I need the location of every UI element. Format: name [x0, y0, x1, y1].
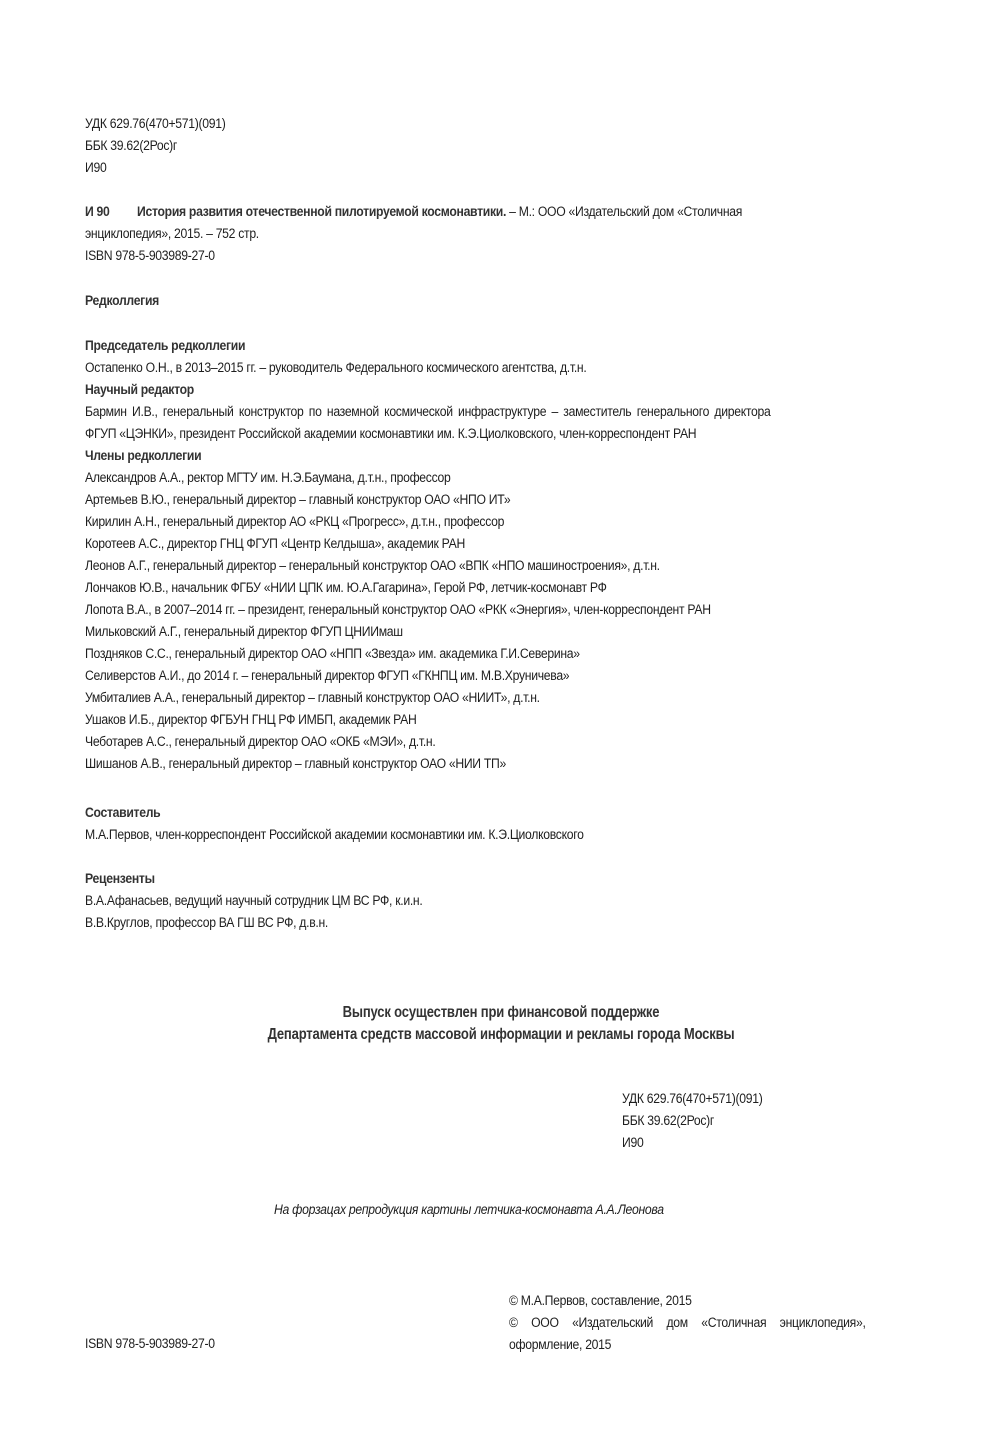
bbk-code: ББК 39.62(2Рос)г	[85, 135, 226, 157]
board-member: Шишанов А.В., генеральный директор – гла…	[85, 753, 771, 775]
chair-heading: Председатель редколлегии	[85, 335, 771, 357]
imprint-line-1: – М.: ООО «Издательский дом «Столичная	[506, 204, 742, 220]
bbk-code-bottom: ББК 39.62(2Рос)г	[622, 1110, 763, 1132]
board-member: Леонов А.Г., генеральный директор – гене…	[85, 555, 771, 577]
book-title: История развития отечественной пилотируе…	[137, 204, 506, 220]
author-mark: И90	[85, 157, 226, 179]
science-editor-heading: Научный редактор	[85, 379, 771, 401]
compiler-heading: Составитель	[85, 802, 584, 824]
board-member: Лопота В.А., в 2007–2014 гг. – президент…	[85, 599, 771, 621]
copyright-design: оформление, 2015	[509, 1334, 866, 1356]
science-editor-line-2: ФГУП «ЦЭНКИ», президент Российской акаде…	[85, 423, 771, 445]
author-mark-bottom: И90	[622, 1132, 763, 1154]
compiler-section: Составитель М.А.Первов, член-корреспонде…	[85, 802, 584, 846]
board-member: Ушаков И.Б., директор ФГБУН ГНЦ РФ ИМБП,…	[85, 709, 771, 731]
financial-support-note: Выпуск осуществлен при финансовой поддер…	[0, 1002, 1002, 1046]
members-heading: Члены редколлегии	[85, 445, 771, 467]
compiler-text: М.А.Первов, член-корреспондент Российско…	[85, 824, 584, 846]
board-member: Кирилин А.Н., генеральный директор АО «Р…	[85, 511, 771, 533]
top-classification-codes: УДК 629.76(470+571)(091) ББК 39.62(2Рос)…	[85, 113, 226, 179]
board-member: Александров А.А., ректор МГТУ им. Н.Э.Ба…	[85, 467, 771, 489]
isbn-bottom: ISBN 978-5-903989-27-0	[85, 1333, 215, 1355]
bottom-classification-codes: УДК 629.76(470+571)(091) ББК 39.62(2Рос)…	[622, 1088, 763, 1154]
reviewer-item: В.В.Круглов, профессор ВА ГШ ВС РФ, д.в.…	[85, 912, 422, 934]
record-mark: И 90	[85, 204, 110, 220]
copyright-publisher: © ООО «Издательский дом «Столичная энцик…	[509, 1312, 866, 1334]
board-member: Умбиталиев А.А., генеральный директор – …	[85, 687, 771, 709]
science-editor-line-1: Бармин И.В., генеральный конструктор по …	[85, 401, 771, 423]
board-member: Поздняков С.С., генеральный директор ОАО…	[85, 643, 771, 665]
members-list: Александров А.А., ректор МГТУ им. Н.Э.Ба…	[85, 467, 771, 775]
reviewer-item: В.А.Афанасьев, ведущий научный сотрудник…	[85, 890, 422, 912]
board-member: Лончаков Ю.В., начальник ФГБУ «НИИ ЦПК и…	[85, 577, 771, 599]
editorial-board-heading: Редколлегия	[85, 290, 159, 312]
udk-code-bottom: УДК 629.76(470+571)(091)	[622, 1088, 763, 1110]
isbn-top: ISBN 978-5-903989-27-0	[85, 245, 742, 267]
copyright-compiler: © М.А.Первов, составление, 2015	[509, 1290, 866, 1312]
board-member: Селиверстов А.И., до 2014 г. – генеральн…	[85, 665, 771, 687]
support-line-2: Департамента средств массовой информации…	[80, 1024, 922, 1046]
copyright-block: © М.А.Первов, составление, 2015 © ООО «И…	[509, 1290, 866, 1356]
imprint-line-2: энциклопедия», 2015. – 752 стр.	[85, 223, 742, 245]
editorial-board-section: Председатель редколлегии Остапенко О.Н.,…	[85, 335, 771, 775]
board-member: Артемьев В.Ю., генеральный директор – гл…	[85, 489, 771, 511]
bibliographic-record: И 90История развития отечественной пилот…	[85, 201, 742, 267]
board-member: Коротеев А.С., директор ГНЦ ФГУП «Центр …	[85, 533, 771, 555]
board-member: Мильковский А.Г., генеральный директор Ф…	[85, 621, 771, 643]
board-member: Чеботарев А.С., генеральный директор ОАО…	[85, 731, 771, 753]
support-line-1: Выпуск осуществлен при финансовой поддер…	[80, 1002, 922, 1024]
reviewers-heading: Рецензенты	[85, 868, 422, 890]
endpapers-note: На форзацах репродукция картины летчика-…	[274, 1199, 664, 1221]
chair-text: Остапенко О.Н., в 2013–2015 гг. – руково…	[85, 357, 771, 379]
udk-code: УДК 629.76(470+571)(091)	[85, 113, 226, 135]
reviewers-section: Рецензенты В.А.Афанасьев, ведущий научны…	[85, 868, 422, 934]
